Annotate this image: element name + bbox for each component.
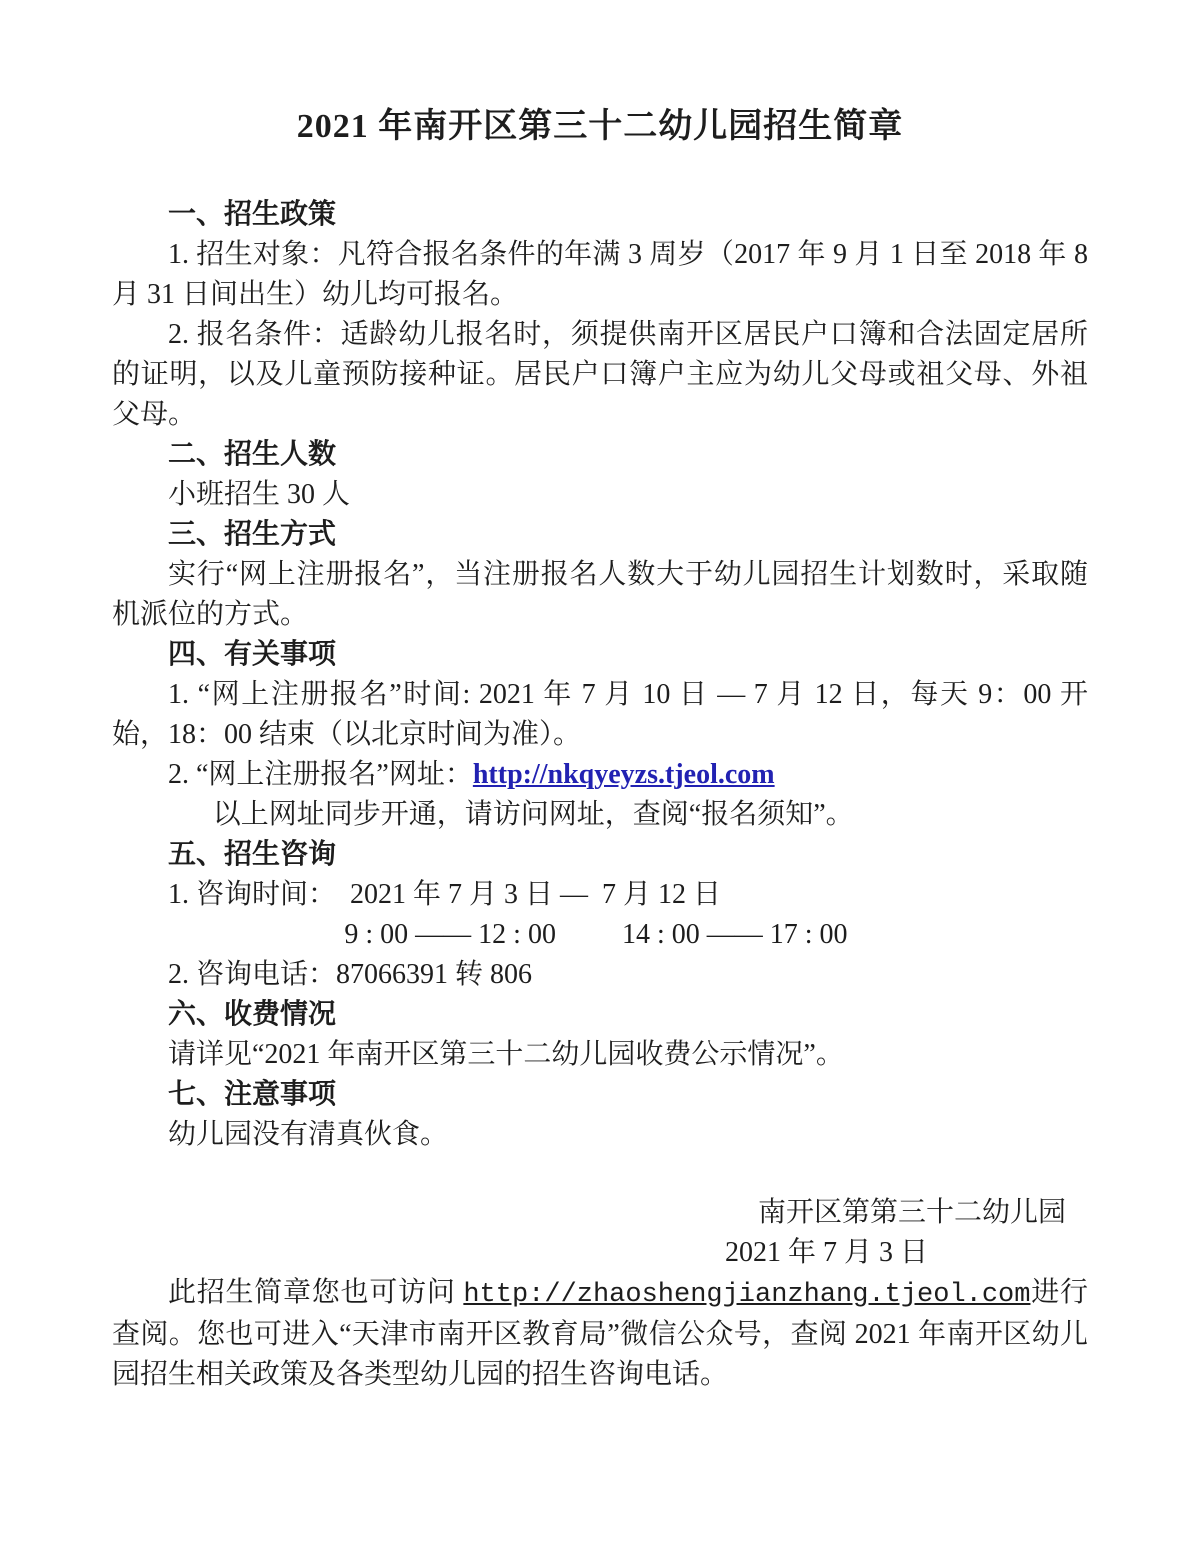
section-7-heading: 七、注意事项 [112,1075,1088,1115]
footer-text-prefix: 此招生简章您也可访问 [168,1277,463,1308]
section-2-heading: 二、招生人数 [112,435,1088,475]
section-3-enrollment-method: 实行“网上注册报名”，当注册报名人数大于幼儿园招生计划数时，采取随机派位的方式。 [112,555,1088,635]
afternoon-hours: 14 : 00 —— 17 : 00 [622,919,848,950]
signature-organization: 南开区第第三十二幼儿园 [112,1193,1088,1233]
section-5-consult-hours: 9 : 00 —— 12 : 0014 : 00 —— 17 : 00 [112,915,1088,955]
page-title: 2021 年南开区第三十二幼儿园招生简章 [112,98,1088,147]
document-page: 2021 年南开区第三十二幼儿园招生简章 一、招生政策 1. 招生对象：凡符合报… [0,0,1200,1552]
footer-paragraph: 此招生简章您也可访问 http://zhaoshengjianzhang.tje… [112,1273,1088,1395]
section-4-heading: 四、有关事项 [112,635,1088,675]
section-1-item-application-requirements: 2. 报名条件：适龄幼儿报名时，须提供南开区居民户口簿和合法固定居所的证明，以及… [112,315,1088,435]
section-1-item-enrollment-target: 1. 招生对象：凡符合报名条件的年满 3 周岁（2017 年 9 月 1 日至 … [112,235,1088,315]
signature-date: 2021 年 7 月 3 日 [112,1233,1088,1273]
section-6-heading: 六、收费情况 [112,995,1088,1035]
registration-url-label: 2. “网上注册报名”网址： [168,759,473,790]
section-6-fee-note: 请详见“2021 年南开区第三十二幼儿园收费公示情况”。 [112,1035,1088,1075]
section-5-heading: 五、招生咨询 [112,835,1088,875]
section-1-heading: 一、招生政策 [112,195,1088,235]
section-3-heading: 三、招生方式 [112,515,1088,555]
registration-url-link[interactable]: http://nkqyeyzs.tjeol.com [473,759,775,790]
morning-hours: 9 : 00 —— 12 : 00 [344,919,556,950]
section-5-consult-dates: 1. 咨询时间： 2021 年 7 月 3 日 — 7 月 12 日 [112,875,1088,915]
section-2-enrollment-count: 小班招生 30 人 [112,475,1088,515]
section-7-notice: 幼儿园没有清真伙食。 [112,1115,1088,1155]
section-4-registration-time: 1. “网上注册报名”时间: 2021 年 7 月 10 日 — 7 月 12 … [112,675,1088,755]
announcement-url-link[interactable]: http://zhaoshengjianzhang.tjeol.com [463,1280,1030,1310]
section-4-registration-url-line: 2. “网上注册报名”网址：http://nkqyeyzs.tjeol.com [112,755,1088,795]
section-5-consult-phone: 2. 咨询电话：87066391 转 806 [112,955,1088,995]
section-4-url-note: 以上网址同步开通，请访问网址，查阅“报名须知”。 [112,795,1088,835]
